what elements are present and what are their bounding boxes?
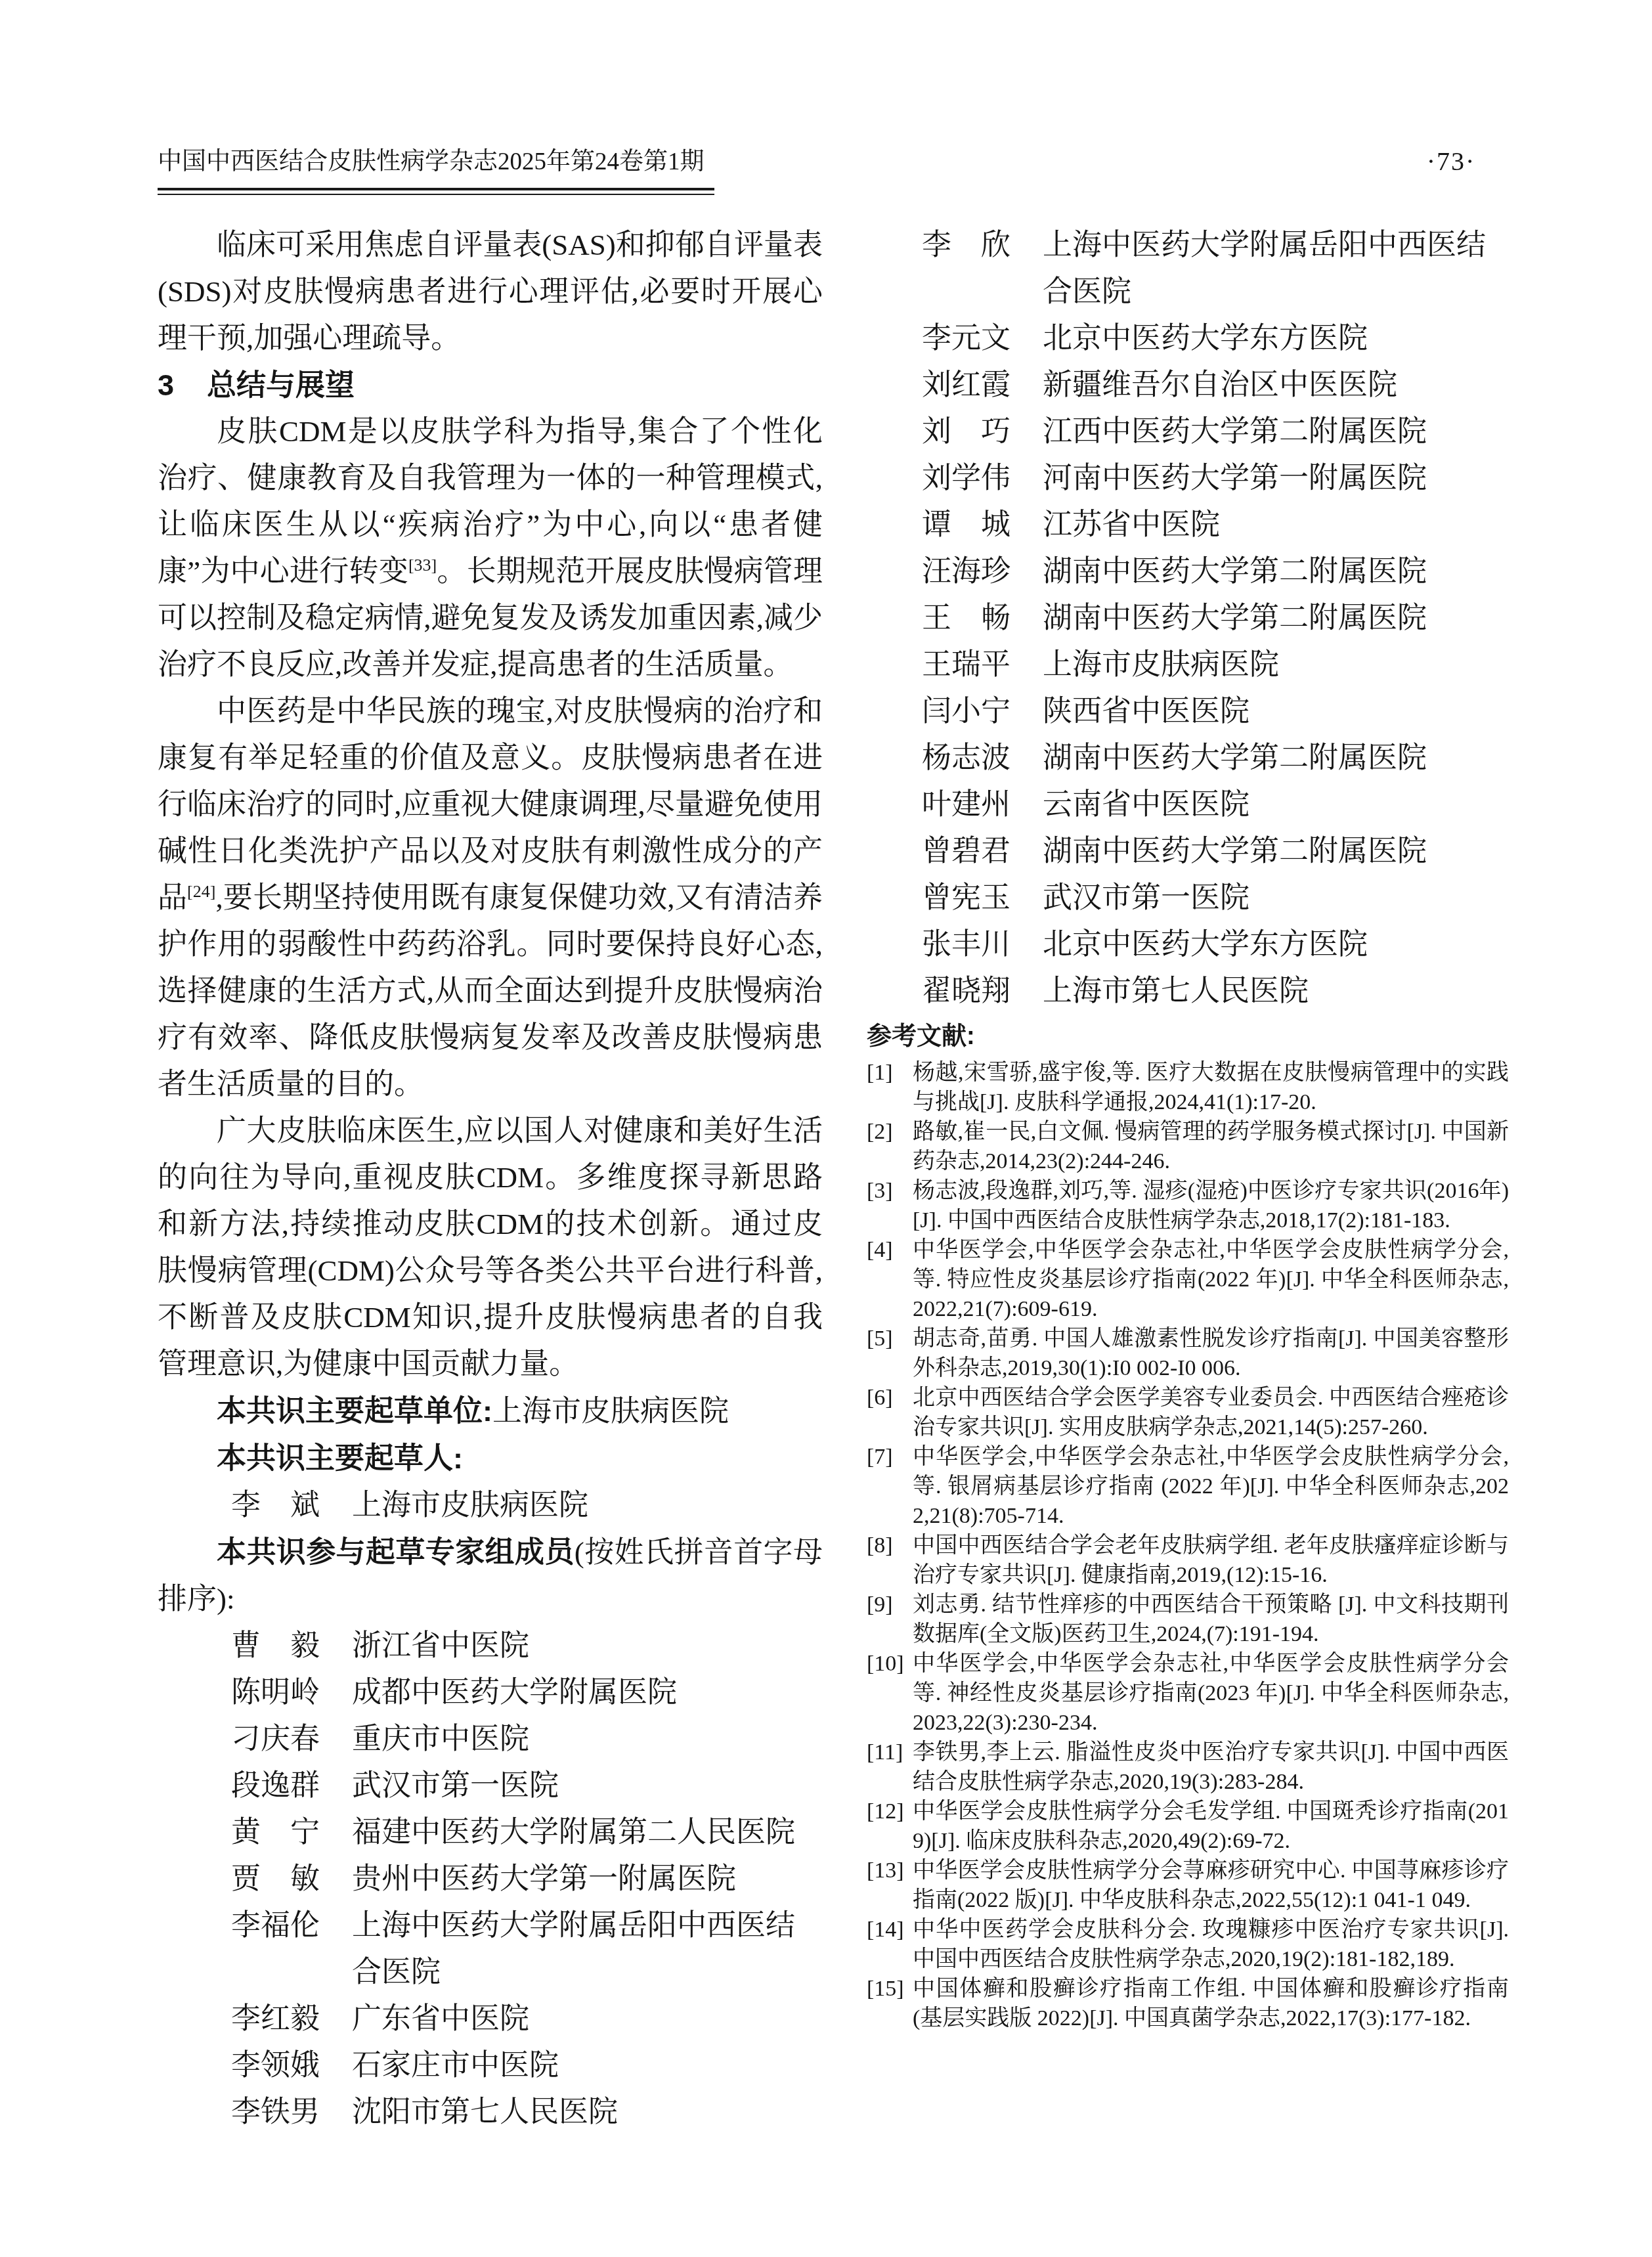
expert-name: 李领娥 xyxy=(231,2042,323,2089)
expert-affiliation: 江苏省中医院 xyxy=(1043,502,1509,548)
citation-33: [33] xyxy=(408,556,437,575)
expert-group-label-line: 本共识参与起草专家组成员(按姓氏拼音首字母排序): xyxy=(158,1529,823,1623)
page-number: ·73· xyxy=(1399,146,1504,177)
expert-name: 曾宪玉 xyxy=(922,875,1014,921)
reference-text: 路敏,崔一民,白文佩. 慢病管理的药学服务模式探讨[J]. 中国新药杂志,201… xyxy=(913,1117,1509,1176)
reference-number: [1] xyxy=(867,1058,913,1117)
expert-affiliation: 福建中医药大学附属第二人民医院 xyxy=(352,1809,823,1856)
expert-affiliation: 上海市皮肤病医院 xyxy=(1043,642,1509,688)
expert-affiliation: 湖南中医药大学第二附属医院 xyxy=(1043,595,1509,642)
reference-text: 中国体癣和股癣诊疗指南工作组. 中国体癣和股癣诊疗指南(基层实践版 2022)[… xyxy=(913,1974,1509,2033)
expert-affiliation: 成都中医药大学附属医院 xyxy=(352,1669,823,1716)
expert-name: 李 斌 xyxy=(231,1482,323,1529)
reference-number: [3] xyxy=(867,1176,913,1235)
expert-row: 闫小宁陕西省中医医院 xyxy=(867,688,1509,735)
drafting-unit-value: 上海市皮肤病医院 xyxy=(492,1395,729,1428)
expert-affiliation: 湖南中医药大学第二附属医院 xyxy=(1043,828,1509,875)
citation-24: [24] xyxy=(187,882,215,901)
expert-affiliation: 北京中医药大学东方医院 xyxy=(1043,315,1509,362)
right-column: 李 欣上海中医药大学附属岳阳中西医结合医院 李元文北京中医药大学东方医院 刘红霞… xyxy=(867,222,1509,2033)
expert-affiliation: 上海中医药大学附属岳阳中西医结合医院 xyxy=(352,1902,823,1996)
reference-item: [2]路敏,崔一民,白文佩. 慢病管理的药学服务模式探讨[J]. 中国新药杂志,… xyxy=(867,1117,1509,1176)
section-title: 总结与展望 xyxy=(207,368,355,402)
reference-number: [2] xyxy=(867,1117,913,1176)
reference-item: [13]中华医学会皮肤性病学分会荨麻疹研究中心. 中国荨麻疹诊疗指南(2022 … xyxy=(867,1856,1509,1915)
expert-name: 曾碧君 xyxy=(922,828,1014,875)
expert-affiliation: 陕西省中医医院 xyxy=(1043,688,1509,735)
expert-row: 李领娥石家庄市中医院 xyxy=(158,2042,823,2089)
expert-affiliation: 沈阳市第七人民医院 xyxy=(352,2089,823,2136)
expert-name: 闫小宁 xyxy=(922,688,1014,735)
expert-row: 李 欣上海中医药大学附属岳阳中西医结合医院 xyxy=(867,222,1509,315)
expert-name: 曹 毅 xyxy=(231,1623,323,1669)
expert-affiliation: 重庆市中医院 xyxy=(352,1716,823,1763)
expert-name: 王瑞平 xyxy=(922,642,1014,688)
expert-row: 刘学伟河南中医药大学第一附属医院 xyxy=(867,455,1509,502)
reference-item: [15]中国体癣和股癣诊疗指南工作组. 中国体癣和股癣诊疗指南(基层实践版 20… xyxy=(867,1974,1509,2033)
reference-text: 中华医学会,中华医学会杂志社,中华医学会皮肤性病学分会等. 神经性皮炎基层诊疗指… xyxy=(913,1649,1509,1738)
expert-affiliation: 河南中医药大学第一附属医院 xyxy=(1043,455,1509,502)
reference-text: 刘志勇. 结节性痒疹的中西医结合干预策略 [J]. 中文科技期刊数据库(全文版)… xyxy=(913,1590,1509,1649)
expert-row: 黄 宁福建中医药大学附属第二人民医院 xyxy=(158,1809,823,1856)
reference-number: [15] xyxy=(867,1974,913,2033)
reference-item: [6]北京中西医结合学会医学美容专业委员会. 中西医结合痤疮诊治专家共识[J].… xyxy=(867,1383,1509,1442)
expert-row: 谭 城江苏省中医院 xyxy=(867,502,1509,548)
references-heading: 参考文献: xyxy=(867,1015,1509,1058)
paragraph-text: ,要长期坚持使用既有康复保健功效,又有清洁养护作用的弱酸性中药药浴乳。同时要保持… xyxy=(158,881,823,1101)
reference-number: [11] xyxy=(867,1738,913,1797)
reference-number: [5] xyxy=(867,1324,913,1383)
expert-name: 贾 敏 xyxy=(231,1856,323,1902)
reference-number: [9] xyxy=(867,1590,913,1649)
expert-affiliation: 广东省中医院 xyxy=(352,1996,823,2042)
expert-name: 李红毅 xyxy=(231,1996,323,2042)
expert-affiliation: 上海中医药大学附属岳阳中西医结合医院 xyxy=(1043,222,1509,315)
expert-row: 叶建州云南省中医医院 xyxy=(867,781,1509,828)
expert-name: 李铁男 xyxy=(231,2089,323,2136)
expert-row: 曾宪玉武汉市第一医院 xyxy=(867,875,1509,921)
reference-item: [9]刘志勇. 结节性痒疹的中西医结合干预策略 [J]. 中文科技期刊数据库(全… xyxy=(867,1590,1509,1649)
reference-text: 中华中医药学会皮肤科分会. 玫瑰糠疹中医治疗专家共识[J]. 中国中西医结合皮肤… xyxy=(913,1915,1509,1974)
expert-row: 翟晓翔上海市第七人民医院 xyxy=(867,968,1509,1015)
expert-name: 刘学伟 xyxy=(922,455,1014,502)
expert-row: 刘红霞新疆维吾尔自治区中医医院 xyxy=(867,362,1509,408)
paragraph-psych-assessment: 临床可采用焦虑自评量表(SAS)和抑郁自评量表(SDS)对皮肤慢病患者进行心理评… xyxy=(158,222,823,362)
expert-row: 曾碧君湖南中医药大学第二附属医院 xyxy=(867,828,1509,875)
expert-name: 翟晓翔 xyxy=(922,968,1014,1015)
expert-row: 曹 毅浙江省中医院 xyxy=(158,1623,823,1669)
reference-text: 中华医学会,中华医学会杂志社,中华医学会皮肤性病学分会,等. 银屑病基层诊疗指南… xyxy=(913,1442,1509,1531)
expert-name: 叶建州 xyxy=(922,781,1014,828)
expert-row: 杨志波湖南中医药大学第二附属医院 xyxy=(867,735,1509,781)
reference-item: [7]中华医学会,中华医学会杂志社,中华医学会皮肤性病学分会,等. 银屑病基层诊… xyxy=(867,1442,1509,1531)
reference-number: [13] xyxy=(867,1856,913,1915)
expert-name: 陈明岭 xyxy=(231,1669,323,1716)
expert-affiliation: 新疆维吾尔自治区中医医院 xyxy=(1043,362,1509,408)
expert-name: 李 欣 xyxy=(922,222,1014,315)
reference-number: [4] xyxy=(867,1235,913,1324)
reference-text: 中华医学会皮肤性病学分会荨麻疹研究中心. 中国荨麻疹诊疗指南(2022 版)[J… xyxy=(913,1856,1509,1915)
reference-item: [12]中华医学会皮肤性病学分会毛发学组. 中国斑秃诊疗指南(2019)[J].… xyxy=(867,1797,1509,1856)
reference-item: [14]中华中医药学会皮肤科分会. 玫瑰糠疹中医治疗专家共识[J]. 中国中西医… xyxy=(867,1915,1509,1974)
expert-name: 段逸群 xyxy=(231,1763,323,1809)
expert-name: 李元文 xyxy=(922,315,1014,362)
expert-affiliation: 武汉市第一医院 xyxy=(352,1763,823,1809)
expert-name: 刘红霞 xyxy=(922,362,1014,408)
expert-name: 谭 城 xyxy=(922,502,1014,548)
expert-name: 王 畅 xyxy=(922,595,1014,642)
reference-item: [4]中华医学会,中华医学会杂志社,中华医学会皮肤性病学分会,等. 特应性皮炎基… xyxy=(867,1235,1509,1324)
expert-row: 王 畅湖南中医药大学第二附属医院 xyxy=(867,595,1509,642)
expert-affiliation: 湖南中医药大学第二附属医院 xyxy=(1043,548,1509,595)
reference-item: [1]杨越,宋雪骄,盛宇俊,等. 医疗大数据在皮肤慢病管理中的实践与挑战[J].… xyxy=(867,1058,1509,1117)
drafting-unit-line: 本共识主要起草单位:上海市皮肤病医院 xyxy=(158,1388,823,1435)
expert-affiliation: 云南省中医医院 xyxy=(1043,781,1509,828)
section-heading-summary: 3总结与展望 xyxy=(158,362,823,408)
reference-number: [12] xyxy=(867,1797,913,1856)
expert-row: 张丰川北京中医药大学东方医院 xyxy=(867,921,1509,968)
expert-affiliation: 湖南中医药大学第二附属医院 xyxy=(1043,735,1509,781)
reference-text: 胡志奇,苗勇. 中国人雄激素性脱发诊疗指南[J]. 中国美容整形外科杂志,201… xyxy=(913,1324,1509,1383)
reference-number: [14] xyxy=(867,1915,913,1974)
expert-affiliation: 上海市皮肤病医院 xyxy=(352,1482,823,1529)
expert-affiliation: 北京中医药大学东方医院 xyxy=(1043,921,1509,968)
paragraph-outlook: 广大皮肤临床医生,应以国人对健康和美好生活的向往为导向,重视皮肤CDM。多维度探… xyxy=(158,1108,823,1388)
main-drafter-row: 李 斌 上海市皮肤病医院 xyxy=(158,1482,823,1529)
expert-row: 李福伦上海中医药大学附属岳阳中西医结合医院 xyxy=(158,1902,823,1996)
section-number: 3 xyxy=(158,368,174,402)
expert-affiliation: 浙江省中医院 xyxy=(352,1623,823,1669)
reference-number: [10] xyxy=(867,1649,913,1738)
expert-row: 刁庆春重庆市中医院 xyxy=(158,1716,823,1763)
expert-name: 刁庆春 xyxy=(231,1716,323,1763)
expert-affiliation: 贵州中医药大学第一附属医院 xyxy=(352,1856,823,1902)
reference-number: [7] xyxy=(867,1442,913,1531)
reference-text: 杨越,宋雪骄,盛宇俊,等. 医疗大数据在皮肤慢病管理中的实践与挑战[J]. 皮肤… xyxy=(913,1058,1509,1117)
paragraph-tcm-value: 中医药是中华民族的瑰宝,对皮肤慢病的治疗和康复有举足轻重的价值及意义。皮肤慢病患… xyxy=(158,688,823,1108)
expert-group-label: 本共识参与起草专家组成员 xyxy=(217,1535,575,1569)
expert-row: 王瑞平上海市皮肤病医院 xyxy=(867,642,1509,688)
expert-row: 刘 巧江西中医药大学第二附属医院 xyxy=(867,408,1509,455)
main-drafter-label-line: 本共识主要起草人: xyxy=(158,1435,823,1482)
reference-text: 杨志波,段逸群,刘巧,等. 湿疹(湿疮)中医诊疗专家共识(2016年)[J]. … xyxy=(913,1176,1509,1235)
expert-row: 贾 敏贵州中医药大学第一附属医院 xyxy=(158,1856,823,1902)
left-column: 临床可采用焦虑自评量表(SAS)和抑郁自评量表(SDS)对皮肤慢病患者进行心理评… xyxy=(158,222,823,2136)
header-double-rule xyxy=(158,188,714,195)
expert-row: 李铁男沈阳市第七人民医院 xyxy=(158,2089,823,2136)
expert-name: 黄 宁 xyxy=(231,1809,323,1856)
reference-number: [6] xyxy=(867,1383,913,1442)
expert-name: 汪海珍 xyxy=(922,548,1014,595)
expert-name: 张丰川 xyxy=(922,921,1014,968)
expert-affiliation: 上海市第七人民医院 xyxy=(1043,968,1509,1015)
expert-row: 汪海珍湖南中医药大学第二附属医院 xyxy=(867,548,1509,595)
reference-item: [10]中华医学会,中华医学会杂志社,中华医学会皮肤性病学分会等. 神经性皮炎基… xyxy=(867,1649,1509,1738)
reference-item: [5]胡志奇,苗勇. 中国人雄激素性脱发诊疗指南[J]. 中国美容整形外科杂志,… xyxy=(867,1324,1509,1383)
expert-affiliation: 石家庄市中医院 xyxy=(352,2042,823,2089)
expert-row: 陈明岭成都中医药大学附属医院 xyxy=(158,1669,823,1716)
reference-text: 中华医学会皮肤性病学分会毛发学组. 中国斑秃诊疗指南(2019)[J]. 临床皮… xyxy=(913,1797,1509,1856)
expert-row: 李元文北京中医药大学东方医院 xyxy=(867,315,1509,362)
reference-item: [3]杨志波,段逸群,刘巧,等. 湿疹(湿疮)中医诊疗专家共识(2016年)[J… xyxy=(867,1176,1509,1235)
expert-row: 李红毅广东省中医院 xyxy=(158,1996,823,2042)
drafting-unit-label: 本共识主要起草单位: xyxy=(217,1394,492,1428)
reference-text: 中华医学会,中华医学会杂志社,中华医学会皮肤性病学分会,等. 特应性皮炎基层诊疗… xyxy=(913,1235,1509,1324)
journal-page: 中国中西医结合皮肤性病学杂志2025年第24卷第1期 ·73· 临床可采用焦虑自… xyxy=(0,0,1652,2257)
reference-text: 李铁男,李上云. 脂溢性皮炎中医治疗专家共识[J]. 中国中西医结合皮肤性病学杂… xyxy=(913,1738,1509,1797)
expert-affiliation: 江西中医药大学第二附属医院 xyxy=(1043,408,1509,455)
expert-name: 李福伦 xyxy=(231,1902,323,1996)
reference-item: [8]中国中西医结合学会老年皮肤病学组. 老年皮肤瘙痒症诊断与治疗专家共识[J]… xyxy=(867,1531,1509,1590)
main-drafter-label: 本共识主要起草人: xyxy=(217,1441,463,1475)
reference-text: 中国中西医结合学会老年皮肤病学组. 老年皮肤瘙痒症诊断与治疗专家共识[J]. 健… xyxy=(913,1531,1509,1590)
reference-text: 北京中西医结合学会医学美容专业委员会. 中西医结合痤疮诊治专家共识[J]. 实用… xyxy=(913,1383,1509,1442)
expert-affiliation: 武汉市第一医院 xyxy=(1043,875,1509,921)
reference-item: [11]李铁男,李上云. 脂溢性皮炎中医治疗专家共识[J]. 中国中西医结合皮肤… xyxy=(867,1738,1509,1797)
journal-title: 中国中西医结合皮肤性病学杂志2025年第24卷第1期 xyxy=(158,147,705,177)
reference-number: [8] xyxy=(867,1531,913,1590)
expert-name: 杨志波 xyxy=(922,735,1014,781)
paragraph-cdm-model: 皮肤CDM是以皮肤学科为指导,集合了个性化治疗、健康教育及自我管理为一体的一种管… xyxy=(158,408,823,688)
expert-row: 段逸群武汉市第一医院 xyxy=(158,1763,823,1809)
expert-name: 刘 巧 xyxy=(922,408,1014,455)
